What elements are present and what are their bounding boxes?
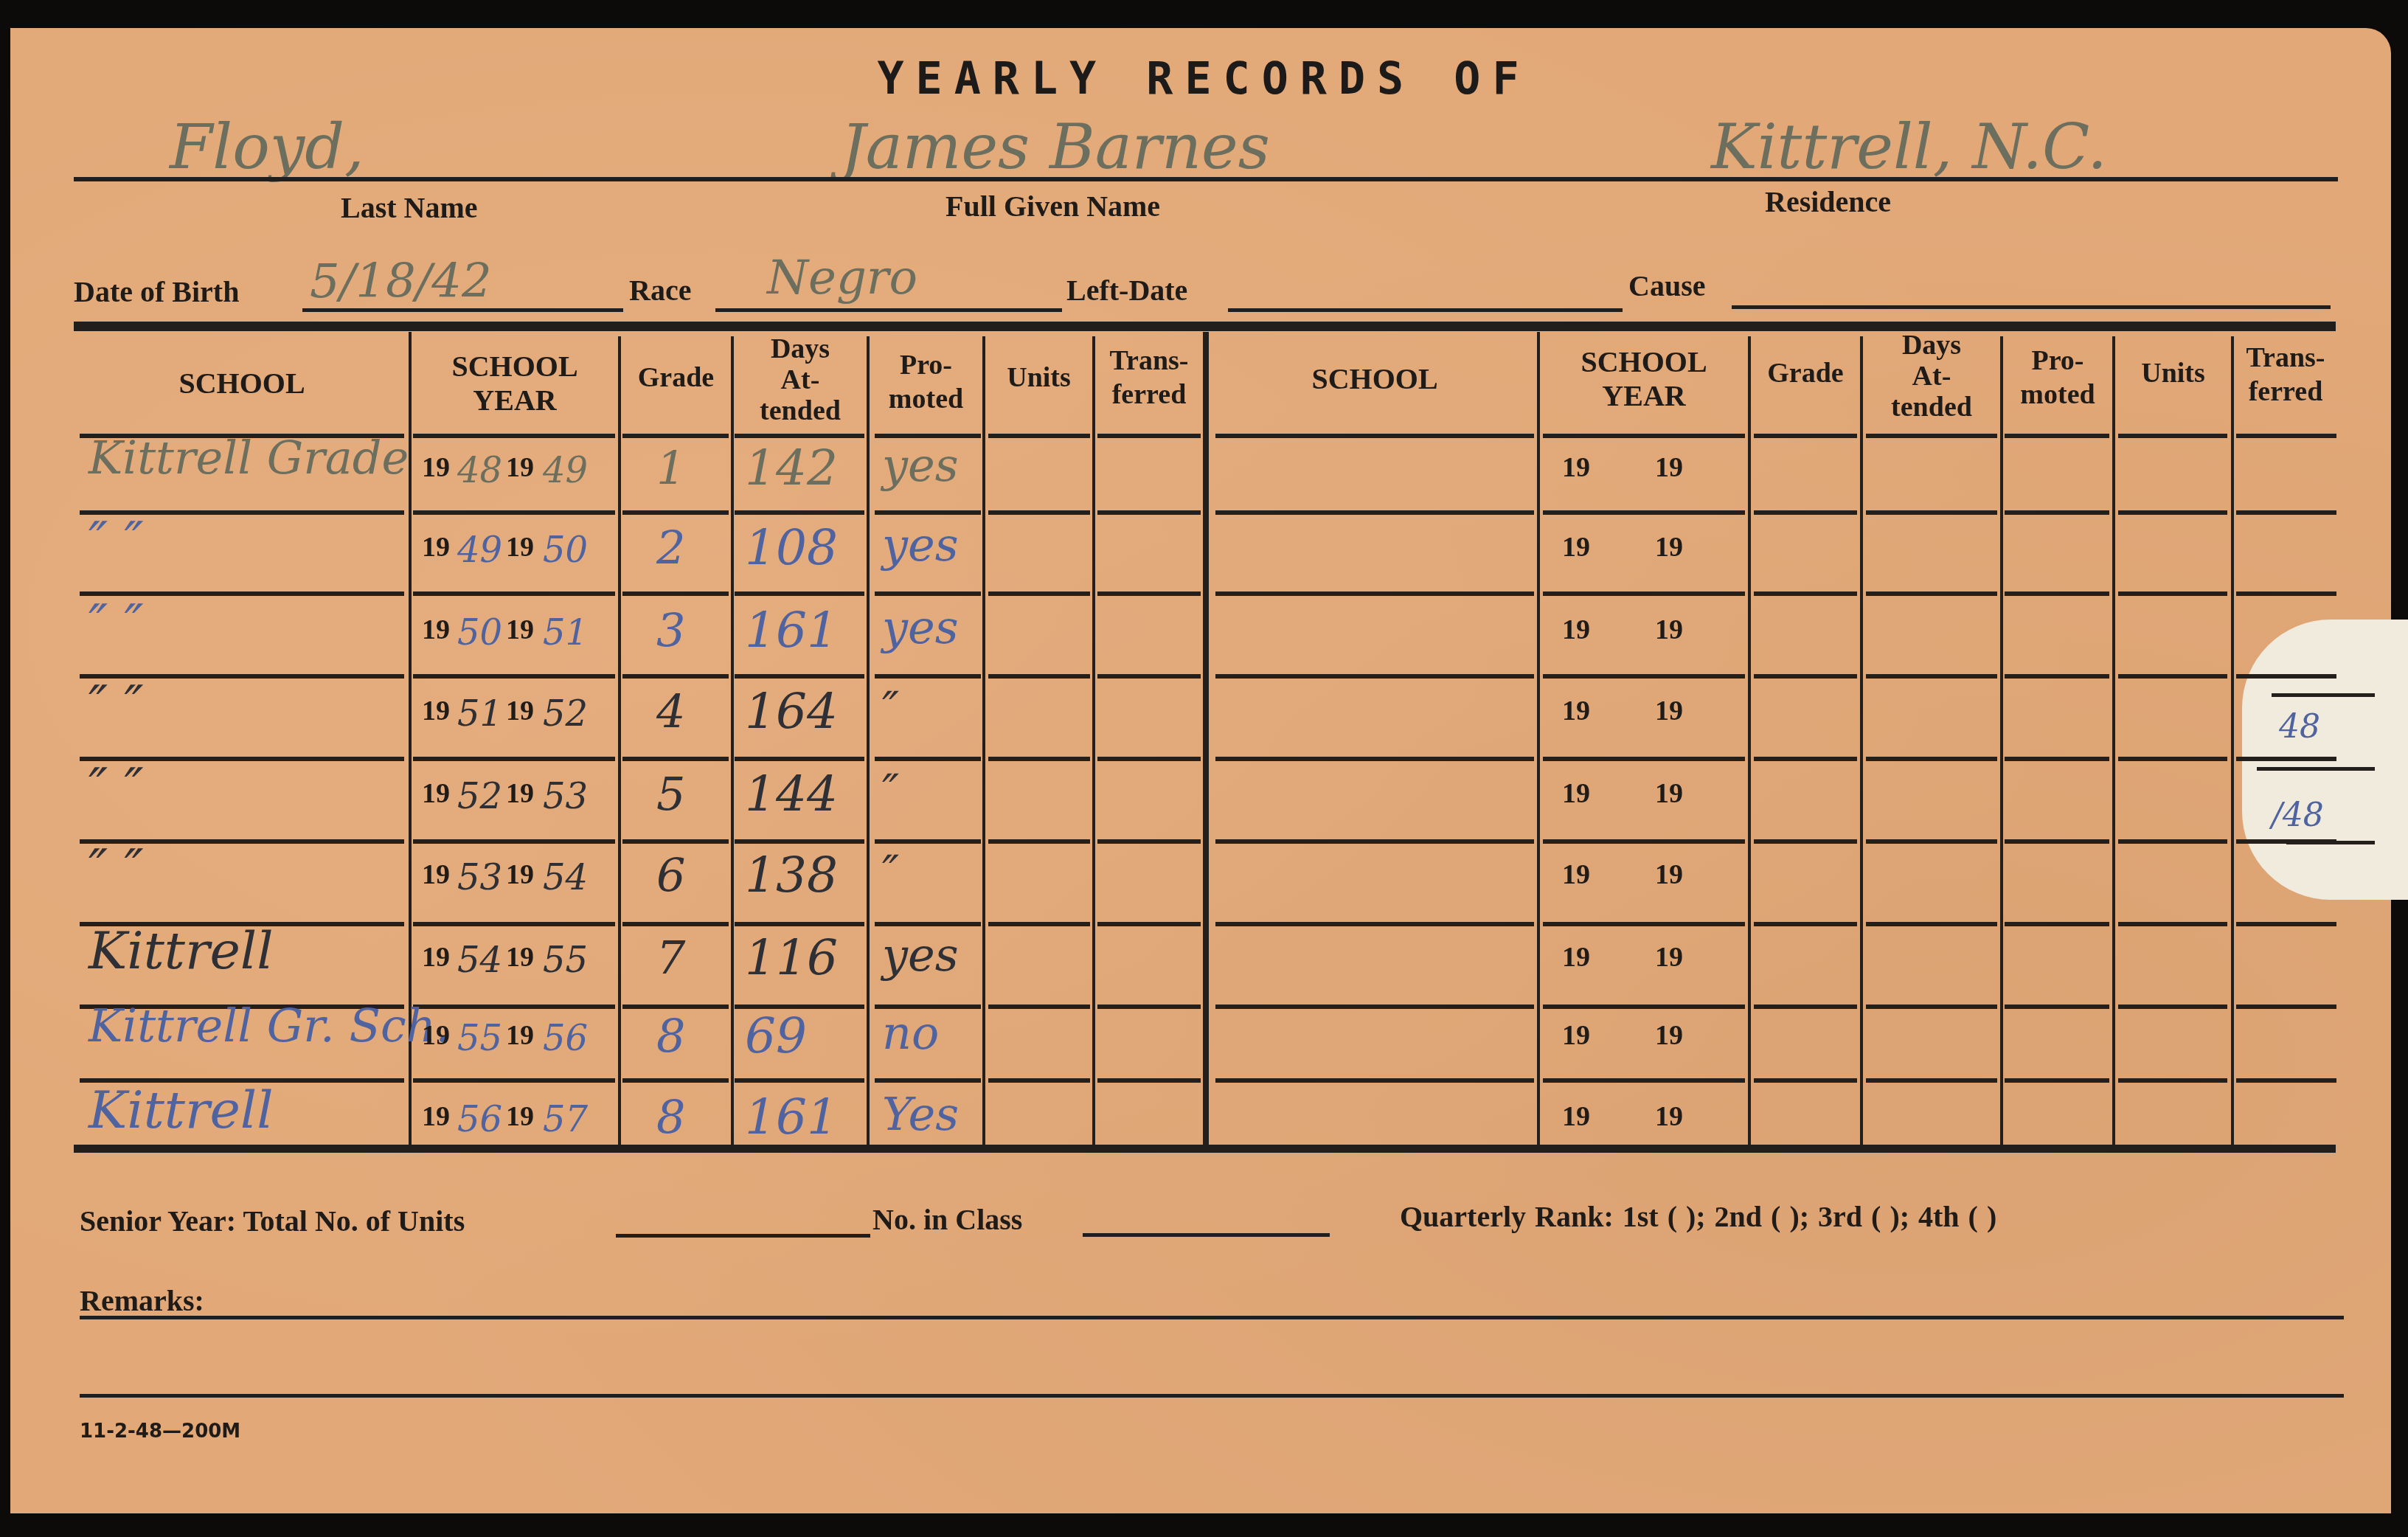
year-prefix: 19: [1655, 1100, 1683, 1133]
header-grade-right: Grade: [1751, 332, 1860, 414]
grade-cell[interactable]: 7: [656, 931, 685, 985]
row-line: [413, 674, 615, 679]
row-line: [2118, 839, 2227, 844]
year-prefix: 19: [1655, 858, 1683, 891]
remarks-line[interactable]: [80, 1316, 2344, 1319]
dob-label: Date of Birth: [74, 274, 239, 309]
row-line: [1866, 757, 1997, 761]
row-line: [1543, 591, 1745, 596]
days-attended-cell[interactable]: 69: [745, 1007, 807, 1064]
row-line: [1097, 1005, 1201, 1009]
school-cell[interactable]: ″ ″: [89, 838, 144, 898]
row-line: [2005, 1078, 2109, 1083]
year-from-cell[interactable]: 54: [457, 940, 502, 981]
row-line: [622, 1078, 729, 1083]
row-line: [735, 434, 864, 438]
row-line: [988, 1078, 1090, 1083]
tab-peek-value: /48: [2272, 797, 2324, 834]
year-from-cell[interactable]: 48: [457, 450, 502, 491]
tab-rule: [2257, 767, 2375, 771]
row-line: [2236, 510, 2336, 515]
year-to-cell[interactable]: 56: [543, 1018, 588, 1059]
grade-cell[interactable]: 8: [656, 1009, 685, 1063]
record-card: [10, 28, 2391, 1513]
header-promoted-right: Pro-moted: [2003, 332, 2112, 423]
year-to-cell[interactable]: 51: [543, 612, 588, 653]
year-from-cell[interactable]: 52: [457, 776, 502, 817]
col-divider: [618, 336, 621, 1147]
year-prefix: 19: [422, 941, 450, 974]
row-line: [1215, 434, 1534, 438]
row-line: [2236, 674, 2336, 679]
grade-cell[interactable]: 4: [656, 684, 685, 738]
row-line: [1866, 510, 1997, 515]
year-prefix: 19: [1562, 451, 1590, 484]
promoted-cell[interactable]: yes: [882, 518, 959, 572]
row-line: [2236, 757, 2336, 761]
col-divider: [2112, 336, 2115, 1147]
row-line: [735, 922, 864, 926]
col-divider: [867, 336, 870, 1147]
year-to-cell[interactable]: 57: [543, 1099, 588, 1140]
grade-cell[interactable]: 5: [656, 767, 685, 821]
year-prefix: 19: [1655, 451, 1683, 484]
col-divider: [1537, 332, 1540, 1147]
year-prefix: 19: [506, 777, 534, 810]
row-line: [1543, 510, 1745, 515]
race-label: Race: [629, 273, 691, 308]
row-line: [2118, 591, 2227, 596]
row-line: [735, 1078, 864, 1083]
row-line: [413, 1078, 615, 1083]
row-line: [1543, 839, 1745, 844]
year-prefix: 19: [1562, 531, 1590, 563]
row-line: [1754, 1005, 1857, 1009]
year-prefix: 19: [1655, 695, 1683, 727]
row-line: [622, 839, 729, 844]
header-grade: Grade: [621, 336, 731, 419]
left-date-label: Left-Date: [1066, 273, 1187, 308]
name-line: [74, 177, 2338, 181]
school-cell[interactable]: ″ ″: [89, 757, 144, 817]
col-divider: [2231, 336, 2234, 1147]
row-line: [875, 591, 981, 596]
header-days-attended: DaysAt-tended: [734, 326, 867, 434]
days-attended-cell[interactable]: 164: [745, 683, 838, 740]
row-line: [1754, 510, 1857, 515]
school-cell[interactable]: Kittrell: [89, 920, 274, 981]
given-name-value[interactable]: James Barnes: [841, 111, 1270, 183]
year-prefix: 19: [1562, 695, 1590, 727]
row-line: [1215, 591, 1534, 596]
row-line: [2236, 1005, 2336, 1009]
row-line: [1097, 922, 1201, 926]
days-attended-cell[interactable]: 161: [745, 602, 838, 659]
row-line: [875, 839, 981, 844]
row-line: [875, 674, 981, 679]
remarks-label: Remarks:: [80, 1283, 204, 1318]
row-line: [875, 1078, 981, 1083]
row-line: [735, 839, 864, 844]
row-line: [1215, 1078, 1534, 1083]
grade-cell[interactable]: 1: [656, 441, 685, 495]
year-prefix: 19: [422, 614, 450, 646]
row-line: [1866, 922, 1997, 926]
row-line: [1543, 922, 1745, 926]
col-divider: [2000, 336, 2003, 1147]
residence-value[interactable]: Kittrell, N.C.: [1711, 111, 2107, 183]
row-line: [2005, 839, 2109, 844]
row-line: [875, 510, 981, 515]
row-line: [622, 757, 729, 761]
class-count-line[interactable]: [1083, 1233, 1330, 1237]
row-line: [413, 922, 615, 926]
row-line: [988, 510, 1090, 515]
year-from-cell[interactable]: 49: [457, 530, 502, 571]
tab-peek-value: 48: [2279, 708, 2320, 746]
row-line: [1754, 1078, 1857, 1083]
row-line: [1866, 1005, 1997, 1009]
row-line: [622, 674, 729, 679]
class-count-label: No. in Class: [872, 1202, 1022, 1237]
days-attended-cell[interactable]: 116: [745, 929, 838, 986]
row-line: [735, 591, 864, 596]
row-line: [2005, 757, 2109, 761]
residence-label: Residence: [1765, 184, 1891, 219]
row-line: [2005, 674, 2109, 679]
promoted-cell[interactable]: yes: [882, 600, 959, 654]
half-divider: [1203, 332, 1209, 1147]
year-to-cell[interactable]: 50: [543, 530, 588, 571]
year-to-cell[interactable]: 52: [543, 693, 588, 735]
year-to-cell[interactable]: 55: [543, 940, 588, 981]
header-transferred: Trans-ferred: [1095, 332, 1203, 423]
year-prefix: 19: [1562, 941, 1590, 974]
days-attended-cell[interactable]: 161: [745, 1089, 838, 1145]
row-line: [1866, 839, 1997, 844]
row-line: [1543, 1005, 1745, 1009]
year-prefix: 19: [1655, 777, 1683, 810]
print-code: 11-2-48—200M: [80, 1420, 240, 1443]
row-line: [1543, 674, 1745, 679]
days-attended-cell[interactable]: 144: [745, 766, 838, 822]
col-divider: [1748, 336, 1751, 1147]
row-line: [1097, 510, 1201, 515]
year-from-cell[interactable]: 55: [457, 1018, 502, 1059]
school-cell[interactable]: Kittrell: [89, 1080, 274, 1140]
col-divider: [1092, 336, 1095, 1147]
table-bottom-rule: [74, 1145, 2336, 1153]
row-line: [1097, 591, 1201, 596]
year-prefix: 19: [1562, 777, 1590, 810]
given-name-label: Full Given Name: [945, 189, 1160, 223]
row-line: [1215, 510, 1534, 515]
page-title: YEARLY RECORDS OF: [0, 53, 2408, 105]
row-line: [988, 922, 1090, 926]
row-line: [1097, 434, 1201, 438]
row-line: [1097, 757, 1201, 761]
year-from-cell[interactable]: 56: [457, 1099, 502, 1140]
days-attended-cell[interactable]: 138: [745, 847, 838, 903]
last-name-label: Last Name: [341, 190, 478, 225]
row-line: [2236, 591, 2336, 596]
row-line: [622, 434, 729, 438]
promoted-cell[interactable]: yes: [882, 928, 959, 982]
row-line: [988, 591, 1090, 596]
row-line: [1097, 839, 1201, 844]
row-line: [1754, 434, 1857, 438]
row-line: [413, 591, 615, 596]
grade-cell[interactable]: 6: [656, 848, 685, 902]
year-prefix: 19: [506, 451, 534, 484]
promoted-cell[interactable]: no: [882, 1006, 939, 1060]
row-line: [2236, 434, 2336, 438]
row-line: [1754, 922, 1857, 926]
row-line: [413, 510, 615, 515]
last-name-value[interactable]: Floyd,: [170, 111, 364, 183]
year-prefix: 19: [422, 451, 450, 484]
header-units-right: Units: [2115, 332, 2231, 414]
row-line: [1543, 1078, 1745, 1083]
row-line: [1754, 591, 1857, 596]
remarks-line-2[interactable]: [80, 1394, 2344, 1398]
tab-rule: [2272, 693, 2375, 697]
row-line: [1543, 434, 1745, 438]
row-line: [1866, 434, 1997, 438]
year-prefix: 19: [506, 695, 534, 727]
row-line: [1097, 1078, 1201, 1083]
row-line: [2118, 674, 2227, 679]
year-from-cell[interactable]: 50: [457, 612, 502, 653]
grade-cell[interactable]: 2: [656, 521, 685, 575]
row-line: [988, 434, 1090, 438]
row-line: [2118, 922, 2227, 926]
days-attended-cell[interactable]: 142: [745, 440, 838, 496]
row-line: [2118, 1005, 2227, 1009]
row-line: [1097, 674, 1201, 679]
promoted-cell[interactable]: Yes: [882, 1087, 959, 1141]
year-prefix: 19: [506, 941, 534, 974]
senior-units-line[interactable]: [616, 1234, 870, 1238]
year-to-cell[interactable]: 53: [543, 776, 588, 817]
year-prefix: 19: [1655, 531, 1683, 563]
cause-label: Cause: [1628, 268, 1705, 303]
row-line: [2005, 434, 2109, 438]
row-line: [2236, 839, 2336, 844]
promoted-cell[interactable]: ″: [882, 764, 899, 818]
row-line: [988, 674, 1090, 679]
row-line: [1215, 674, 1534, 679]
col-divider: [731, 336, 734, 1147]
school-cell[interactable]: Kittrell Gr. Sch.: [89, 999, 450, 1052]
year-prefix: 19: [506, 614, 534, 646]
col-divider: [982, 336, 985, 1147]
row-line: [1215, 922, 1534, 926]
year-from-cell[interactable]: 53: [457, 857, 502, 898]
year-prefix: 19: [506, 531, 534, 563]
promoted-cell[interactable]: ″: [882, 681, 899, 735]
row-line: [413, 434, 615, 438]
promoted-cell[interactable]: ″: [882, 845, 899, 899]
year-prefix: 19: [1655, 941, 1683, 974]
col-divider: [1860, 336, 1863, 1147]
year-prefix: 19: [422, 1019, 450, 1052]
row-line: [1754, 839, 1857, 844]
school-cell[interactable]: ″ ″: [89, 510, 144, 571]
year-prefix: 19: [422, 858, 450, 891]
header-transferred-right: Trans-ferred: [2234, 329, 2337, 420]
year-to-cell[interactable]: 49: [543, 450, 588, 491]
row-line: [413, 839, 615, 844]
school-cell[interactable]: ″ ″: [89, 674, 144, 735]
row-line: [2118, 434, 2227, 438]
row-line: [2236, 922, 2336, 926]
race-line: [715, 308, 1062, 312]
row-line: [988, 839, 1090, 844]
row-line: [1866, 591, 1997, 596]
row-line: [2118, 510, 2227, 515]
row-line: [988, 1005, 1090, 1009]
race-value[interactable]: Negro: [767, 251, 917, 305]
year-prefix: 19: [506, 858, 534, 891]
row-line: [2005, 922, 2109, 926]
senior-units-label: Senior Year: Total No. of Units: [80, 1204, 465, 1238]
promoted-cell[interactable]: yes: [882, 438, 959, 492]
year-prefix: 19: [422, 531, 450, 563]
grade-cell[interactable]: 3: [656, 603, 685, 657]
row-line: [988, 757, 1090, 761]
row-line: [875, 922, 981, 926]
row-line: [1215, 1005, 1534, 1009]
school-cell[interactable]: Kittrell Grade: [89, 431, 409, 485]
year-prefix: 19: [1562, 614, 1590, 646]
dob-line: [302, 308, 623, 312]
cause-line[interactable]: [1732, 305, 2331, 309]
row-line: [1866, 674, 1997, 679]
header-school: SCHOOL: [77, 336, 407, 431]
header-school-year: SCHOOLYEAR: [412, 336, 618, 431]
row-line: [1215, 839, 1534, 844]
row-line: [2118, 1078, 2227, 1083]
year-prefix: 19: [422, 777, 450, 810]
row-line: [1866, 1078, 1997, 1083]
row-line: [622, 510, 729, 515]
header-days-attended-right: DaysAt-tended: [1863, 325, 2000, 428]
row-line: [1215, 757, 1534, 761]
year-prefix: 19: [506, 1019, 534, 1052]
year-prefix: 19: [1655, 614, 1683, 646]
row-line: [2118, 757, 2227, 761]
header-school-year-right: SCHOOLYEAR: [1540, 332, 1748, 426]
year-prefix: 19: [422, 1100, 450, 1133]
header-promoted: Pro-moted: [870, 336, 982, 428]
left-date-line[interactable]: [1228, 308, 1623, 312]
quarterly-rank-label: Quarterly Rank: 1st ( ); 2nd ( ); 3rd ( …: [1400, 1199, 1996, 1234]
year-to-cell[interactable]: 54: [543, 857, 588, 898]
row-line: [413, 757, 615, 761]
header-units: Units: [985, 336, 1092, 419]
row-line: [875, 757, 981, 761]
row-line: [1543, 757, 1745, 761]
grade-cell[interactable]: 8: [656, 1090, 685, 1144]
row-line: [622, 591, 729, 596]
row-line: [2005, 591, 2109, 596]
row-line: [622, 922, 729, 926]
year-from-cell[interactable]: 51: [457, 693, 502, 735]
year-prefix: 19: [1562, 1100, 1590, 1133]
year-prefix: 19: [1562, 1019, 1590, 1052]
days-attended-cell[interactable]: 108: [745, 519, 838, 576]
row-line: [735, 674, 864, 679]
row-line: [2236, 1078, 2336, 1083]
dob-value[interactable]: 5/18/42: [310, 254, 492, 309]
row-line: [2005, 510, 2109, 515]
year-prefix: 19: [1655, 1019, 1683, 1052]
row-line: [735, 510, 864, 515]
row-line: [1754, 674, 1857, 679]
school-cell[interactable]: ″ ″: [89, 593, 144, 653]
header-school-right: SCHOOL: [1213, 332, 1536, 426]
year-prefix: 19: [422, 695, 450, 727]
row-line: [735, 757, 864, 761]
row-line: [1754, 757, 1857, 761]
row-line: [2005, 1005, 2109, 1009]
year-prefix: 19: [506, 1100, 534, 1133]
year-prefix: 19: [1562, 858, 1590, 891]
